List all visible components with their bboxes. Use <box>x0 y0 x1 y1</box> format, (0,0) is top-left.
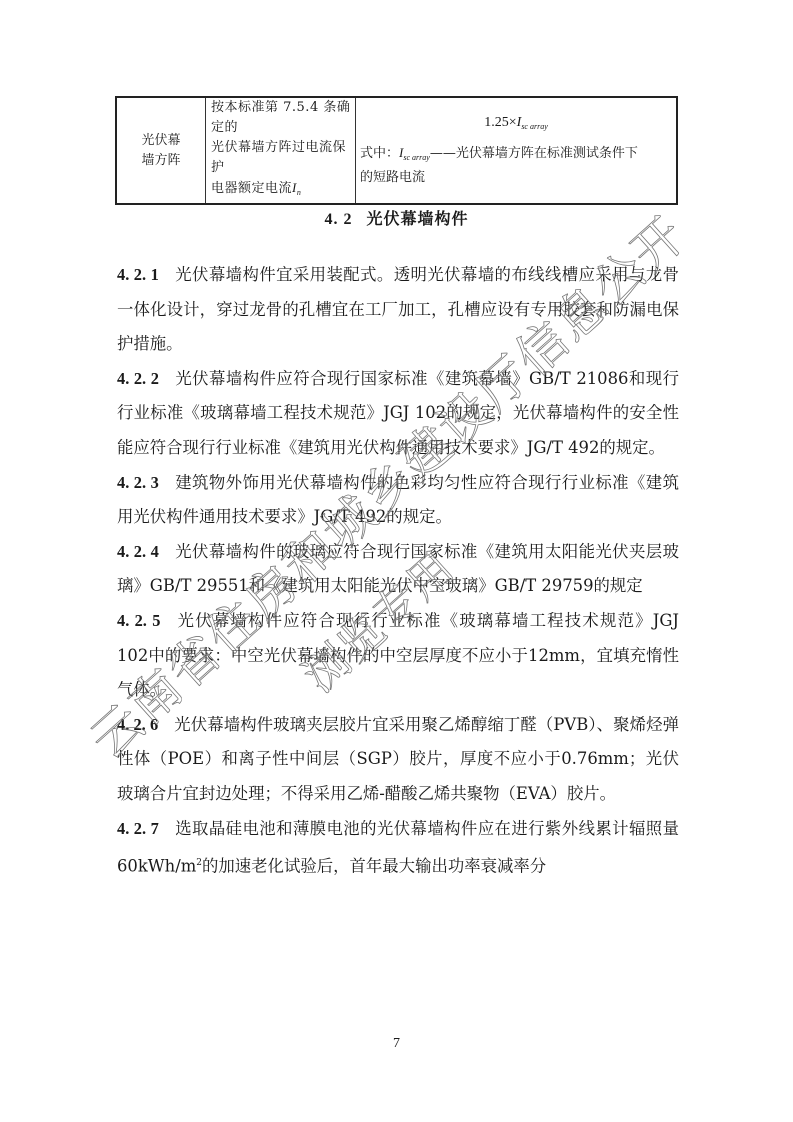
clause-number: 4. 2. 1 <box>117 265 159 284</box>
formula-note-continued: 的短路电流 <box>360 168 672 188</box>
current-symbol-subscript: n <box>297 188 302 197</box>
document-page: 光伏幕 墙方阵 按本标准第 7.5.4 条确定的 光伏幕墙方阵过电流保护 电器额… <box>0 0 793 1122</box>
clauses-body: 4. 2. 1光伏幕墙构件宜采用装配式。透明光伏幕墙的布线线槽应采用与龙骨一体化… <box>117 258 679 884</box>
clause-4-2-3: 4. 2. 3建筑物外饰用光伏幕墙构件的色彩均匀性应符合现行行业标准《建筑用光伏… <box>117 466 679 535</box>
spec-table: 光伏幕 墙方阵 按本标准第 7.5.4 条确定的 光伏幕墙方阵过电流保护 电器额… <box>115 96 678 205</box>
section-heading: 4. 2光伏幕墙构件 <box>0 206 793 229</box>
formula-note: 式中：Isc array——光伏幕墙方阵在标准测试条件下 <box>360 143 672 168</box>
description-cell: 按本标准第 7.5.4 条确定的 光伏幕墙方阵过电流保护 电器额定电流In <box>206 97 356 204</box>
category-line: 墙方阵 <box>127 151 195 171</box>
description-line: 光伏幕墙方阵过电流保护 <box>211 138 351 178</box>
clause-4-2-6: 4. 2. 6光伏幕墙构件玻璃夹层胶片宜采用聚乙烯醇缩丁醛（PVB）、聚烯烃弹性… <box>117 708 679 812</box>
clause-4-2-1: 4. 2. 1光伏幕墙构件宜采用装配式。透明光伏幕墙的布线线槽应采用与龙骨一体化… <box>117 258 679 362</box>
clause-4-2-2: 4. 2. 2光伏幕墙构件应符合现行国家标准《建筑幕墙》GB/T 21086和现… <box>117 362 679 466</box>
clause-number: 4. 2. 4 <box>117 542 159 561</box>
clause-4-2-7: 4. 2. 7选取晶硅电池和薄膜电池的光伏幕墙构件应在进行紫外线累计辐照量60k… <box>117 812 679 885</box>
formula-cell: 1.25×Isc array 式中：Isc array——光伏幕墙方阵在标准测试… <box>356 97 678 204</box>
clause-text: 光伏幕墙构件应符合现行行业标准《玻璃幕墙工程技术规范》JGJ 102中的要求：中… <box>117 611 679 699</box>
page-number: 7 <box>0 1036 793 1052</box>
clause-4-2-5: 4. 2. 5光伏幕墙构件应符合现行行业标准《玻璃幕墙工程技术规范》JGJ 10… <box>117 604 679 708</box>
category-cell: 光伏幕 墙方阵 <box>116 97 206 204</box>
clause-text: 光伏幕墙构件的玻璃应符合现行国家标准《建筑用太阳能光伏夹层玻璃》GB/T 295… <box>117 542 679 596</box>
formula: 1.25×Isc array <box>360 113 672 137</box>
clause-4-2-4: 4. 2. 4光伏幕墙构件的玻璃应符合现行国家标准《建筑用太阳能光伏夹层玻璃》G… <box>117 535 679 604</box>
category-line: 光伏幕 <box>127 131 195 151</box>
clause-text: 建筑物外饰用光伏幕墙构件的色彩均匀性应符合现行行业标准《建筑用光伏构件通用技术要… <box>117 473 679 527</box>
clause-text: 光伏幕墙构件应符合现行国家标准《建筑幕墙》GB/T 21086和现行行业标准《玻… <box>117 369 679 457</box>
table-row: 光伏幕 墙方阵 按本标准第 7.5.4 条确定的 光伏幕墙方阵过电流保护 电器额… <box>116 97 677 204</box>
description-line: 按本标准第 7.5.4 条确定的 <box>211 98 351 138</box>
clause-number: 4. 2. 7 <box>117 819 159 838</box>
description-line: 电器额定电流In <box>211 178 351 203</box>
clause-text-continued: 的加速老化试验后，首年最大输出功率衰减率分 <box>202 857 546 876</box>
clause-number: 4. 2. 2 <box>117 369 159 388</box>
section-title: 光伏幕墙构件 <box>366 209 468 228</box>
section-number: 4. 2 <box>324 211 352 228</box>
clause-text: 光伏幕墙构件玻璃夹层胶片宜采用聚乙烯醇缩丁醛（PVB）、聚烯烃弹性体（POE）和… <box>117 715 679 803</box>
clause-number: 4. 2. 5 <box>117 611 160 630</box>
clause-number: 4. 2. 6 <box>117 715 158 734</box>
clause-number: 4. 2. 3 <box>117 473 159 492</box>
clause-text: 光伏幕墙构件宜采用装配式。透明光伏幕墙的布线线槽应采用与龙骨一体化设计，穿过龙骨… <box>117 265 679 353</box>
